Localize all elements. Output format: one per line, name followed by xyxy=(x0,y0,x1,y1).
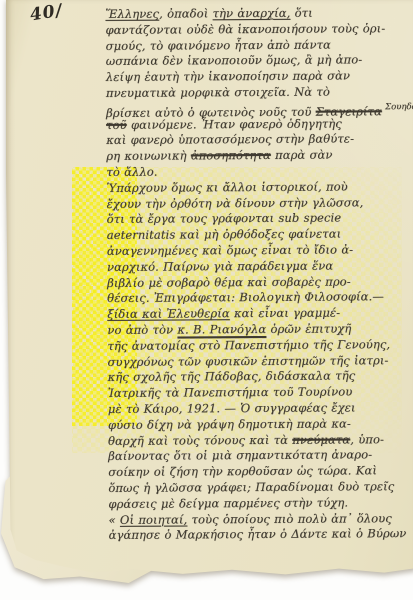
manuscript-line: ξίδια καὶ Ἐλευθερία καὶ εἶναι γραμμέ- xyxy=(107,305,411,323)
manuscript-line: Ὑπάρχουν ὅμως κι ἄλλοι ἱστορικοί, ποὺ xyxy=(106,179,410,197)
struck-text: τοῦ xyxy=(106,117,127,131)
handwritten-text: , ὑπο- xyxy=(350,432,384,446)
underlined-text: κ. Β. Ριανόγλα xyxy=(177,322,266,337)
handwritten-text: θαρχῆ καὶ τοὺς τόνους καὶ τὰ xyxy=(108,432,292,447)
handwritten-text: ὅτι xyxy=(290,6,312,20)
handwritten-text: λείψη ἑαυτὴ τὴν ἱκανοποίησιν παρὰ σὰν xyxy=(106,69,350,84)
underlined-text: ξίδια καὶ Ἐλευθερία xyxy=(107,306,230,321)
handwritten-text: ὁρῶν ἐπιτυχῆ xyxy=(266,321,351,336)
manuscript-line: νο ἀπὸ τὸν κ. Β. Ριανόγλα ὁρῶν ἐπιτυχῆ xyxy=(107,321,411,339)
manuscript-line: ναρχικό. Παίρνω γιὰ παράδειγμα ἕνα xyxy=(107,258,411,276)
handwritten-text: σμούς, τὸ φαινόμενο ἦταν ἀπὸ πάντα xyxy=(106,37,331,52)
manuscript-line: φράσεις μὲ δείγμα παρμένες στὴν τύχη. xyxy=(108,495,412,513)
handwritten-text: , ὀπαδοὶ xyxy=(159,6,213,20)
handwritten-text: κῆς σχολῆς τῆς Πάδοβας, διδάσκαλα τῆς xyxy=(108,369,356,385)
handwritten-text: πνευματικὰ μορφικὰ στοιχεῖα. Νὰ τὸ xyxy=(106,85,330,100)
manuscript-line: βρίσκει αὐτὸ ὁ φωτεινὸς νοῦς τοῦ Σταγειρ… xyxy=(106,100,410,118)
manuscript-line: φαντάζονται οὐδὲ θὰ ἱκανοποιήσουν τοὺς ὁ… xyxy=(105,21,409,39)
manuscript-line: πνευματικὰ μορφικὰ στοιχεῖα. Νὰ τὸ xyxy=(106,84,410,102)
manuscript-text-block: Ἕλληνες, ὀπαδοὶ τὴν ἀναρχία, ὅτιφαντάζον… xyxy=(105,5,412,544)
manuscript-line: Ἰατρικῆς τὰ Πανεπιστήμια τοῦ Τουρίνου xyxy=(108,384,412,402)
manuscript-line: σμούς, τὸ φαινόμενο ἦταν ἀπὸ πάντα xyxy=(106,37,410,55)
manuscript-line: βιβλίο μὲ σοβαρὸ θέμα καὶ σοβαρὲς προ- xyxy=(107,274,411,292)
handwritten-text: aeternitatis καὶ μὴ ὀρθόδοξες φαίνεται xyxy=(107,227,341,242)
manuscript-line: θαρχῆ καὶ τοὺς τόνους καὶ τὰ πνεύματα, ὑ… xyxy=(108,432,412,450)
handwritten-text: ὅπως ἡ γλῶσσα γράφει; Παραδίνομαι δυὸ τρ… xyxy=(108,479,394,495)
manuscript-line: Ἕλληνες, ὀπαδοὶ τὴν ἀναρχία, ὅτι xyxy=(105,5,409,23)
manuscript-line: ὅπως ἡ γλῶσσα γράφει; Παραδίνομαι δυὸ τρ… xyxy=(108,479,412,497)
handwritten-text: καὶ φανερὸ ὑποτασσόμενος στὴν βαθύτε- xyxy=(106,132,354,148)
handwritten-text: θέσεις. Ἐπιγράφεται: Βιολογικὴ Φιλοσοφία… xyxy=(107,290,384,306)
manuscript-line: λείψη ἑαυτὴ τὴν ἱκανοποίησιν παρὰ σὰν xyxy=(106,68,410,86)
handwritten-text: βαίνοντας ὅτι οἱ μιὰ σημαντικότατη ἀναρο… xyxy=(108,448,372,464)
manuscript-line: ωσπάνια δὲν ἱκανοποιοῦν ὅμως, ἂ μὴ ἀπο- xyxy=(106,52,410,70)
underlined-text: Οἱ ποιηταί, xyxy=(120,512,187,526)
handwritten-text: συγχρόνως τῶν φυσικῶν ἐπιστημῶν τῆς ἰατρ… xyxy=(107,353,388,369)
manuscript-line: θέσεις. Ἐπιγράφεται: Βιολογικὴ Φιλοσοφία… xyxy=(107,289,411,307)
manuscript-line: aeternitatis καὶ μὴ ὀρθόδοξες φαίνεται xyxy=(107,226,411,244)
handwritten-text: νο ἀπὸ τὸν xyxy=(107,322,177,336)
manuscript-line: καὶ φανερὸ ὑποτασσόμενος στὴν βαθύτε- xyxy=(106,131,410,149)
manuscript-line: ἔχουν τὴν ὀρθότη νὰ δίνουν στὴν γλῶσσα, xyxy=(107,195,411,213)
handwritten-text: ἔχουν τὴν ὀρθότη νὰ δίνουν στὴν γλῶσσα, xyxy=(107,195,364,211)
handwritten-text: φαινόμενε. Ἦταν φανερὸ ὁδηγητὴς xyxy=(127,116,342,131)
manuscript-line: σοίκην οἱ ζήση τὴν κορθοῦσαν ὡς τώρα. Κα… xyxy=(108,463,412,481)
handwritten-text: βιβλίο μὲ σοβαρὸ θέμα καὶ σοβαρὲς προ- xyxy=(107,274,351,289)
manuscript-line: βαίνοντας ὅτι οἱ μιὰ σημαντικότατη ἀναρο… xyxy=(108,447,412,465)
manuscript-line: ὅτι τὰ ἔργα τους γράφονται sub specie xyxy=(107,210,411,228)
handwritten-text: ὅτι τὰ ἔργα τους γράφονται sub specie xyxy=(107,211,342,226)
scanned-document: 40/ Ἕλληνες, ὀπαδοὶ τὴν ἀναρχία, ὅτιφαντ… xyxy=(0,0,413,600)
handwritten-text: φράσεις μὲ δείγμα παρμένες στὴν τύχη. xyxy=(108,495,348,510)
handwritten-text: τῆς ἀνατομίας στὸ Πανεπιστήμιο τῆς Γενού… xyxy=(107,337,390,353)
handwritten-text: παρὰ σὰν xyxy=(271,148,333,162)
struck-text: ἀποσηπότητα xyxy=(191,148,271,162)
handwritten-text: ἀναγεννημένες καὶ ὅμως εἶναι τὸ ἴδιο ἀ- xyxy=(107,242,353,258)
handwritten-text: φαντάζονται οὐδὲ θὰ ἱκανοποιήσουν τοὺς ὁ… xyxy=(105,21,385,37)
handwritten-text: ναρχικό. Παίρνω γιὰ παράδειγμα ἕνα xyxy=(107,258,333,273)
manuscript-line: μὲ τὸ Κάιρο, 1921. — Ὁ συγγραφέας ἔχει xyxy=(108,400,412,418)
handwritten-text: τοὺς ὁποίους πιὸ πολὺ ἀπ᾽ ὅλους xyxy=(187,511,392,526)
manuscript-line: τῆς ἀνατομίας στὸ Πανεπιστήμιο τῆς Γενού… xyxy=(107,337,411,355)
handwritten-text: μὲ τὸ Κάιρο, 1921. — Ὁ συγγραφέας ἔχει xyxy=(108,400,356,416)
handwritten-text: ρη κοινωνικὴ xyxy=(106,149,191,164)
handwritten-text: Ὑπάρχουν ὅμως κι ἄλλοι ἱστορικοί, ποὺ xyxy=(106,179,347,194)
underlined-text: τὴν ἀναρχία, xyxy=(213,6,291,20)
inserted-word: Σουηδοῦ xyxy=(382,102,413,112)
handwritten-text: σοίκην οἱ ζήση τὴν κορθοῦσαν ὡς τώρα. Κα… xyxy=(108,463,377,479)
manuscript-line: κῆς σχολῆς τῆς Πάδοβας, διδάσκαλα τῆς xyxy=(108,368,412,386)
manuscript-line: φύσιο δίχη νὰ γράψη δημοτικὴ παρὰ κα- xyxy=(108,416,412,434)
struck-text: πνεύματα xyxy=(292,432,350,446)
underlined-text: Ἕλληνες xyxy=(105,7,159,21)
handwritten-text: καὶ εἶναι γραμμέ- xyxy=(230,306,341,321)
manuscript-line: ἀναγεννημένες καὶ ὅμως εἶναι τὸ ἴδιο ἀ- xyxy=(107,242,411,260)
handwritten-text: φύσιο δίχη νὰ γράψη δημοτικὴ παρὰ κα- xyxy=(108,416,351,431)
handwritten-text: ἀγάπησε ὁ Μαρκήσιος ἦταν ὁ Δάντε καὶ ὁ Β… xyxy=(109,526,407,542)
manuscript-line: ρη κοινωνικὴ ἀποσηπότητα παρὰ σὰν xyxy=(106,147,410,165)
handwritten-text: τὸ ἄλλο. xyxy=(106,165,157,179)
manuscript-line: ἀγάπησε ὁ Μαρκήσιος ἦταν ὁ Δάντε καὶ ὁ Β… xyxy=(109,526,413,544)
handwritten-text: Ἰατρικῆς τὰ Πανεπιστήμια τοῦ Τουρίνου xyxy=(108,385,353,400)
manuscript-line: συγχρόνως τῶν φυσικῶν ἐπιστημῶν τῆς ἰατρ… xyxy=(107,353,411,371)
handwritten-text: ωσπάνια δὲν ἱκανοποιοῦν ὅμως, ἂ μὴ ἀπο- xyxy=(106,53,363,69)
handwritten-text: « xyxy=(108,512,119,526)
manuscript-line: τὸ ἄλλο. xyxy=(106,163,410,181)
